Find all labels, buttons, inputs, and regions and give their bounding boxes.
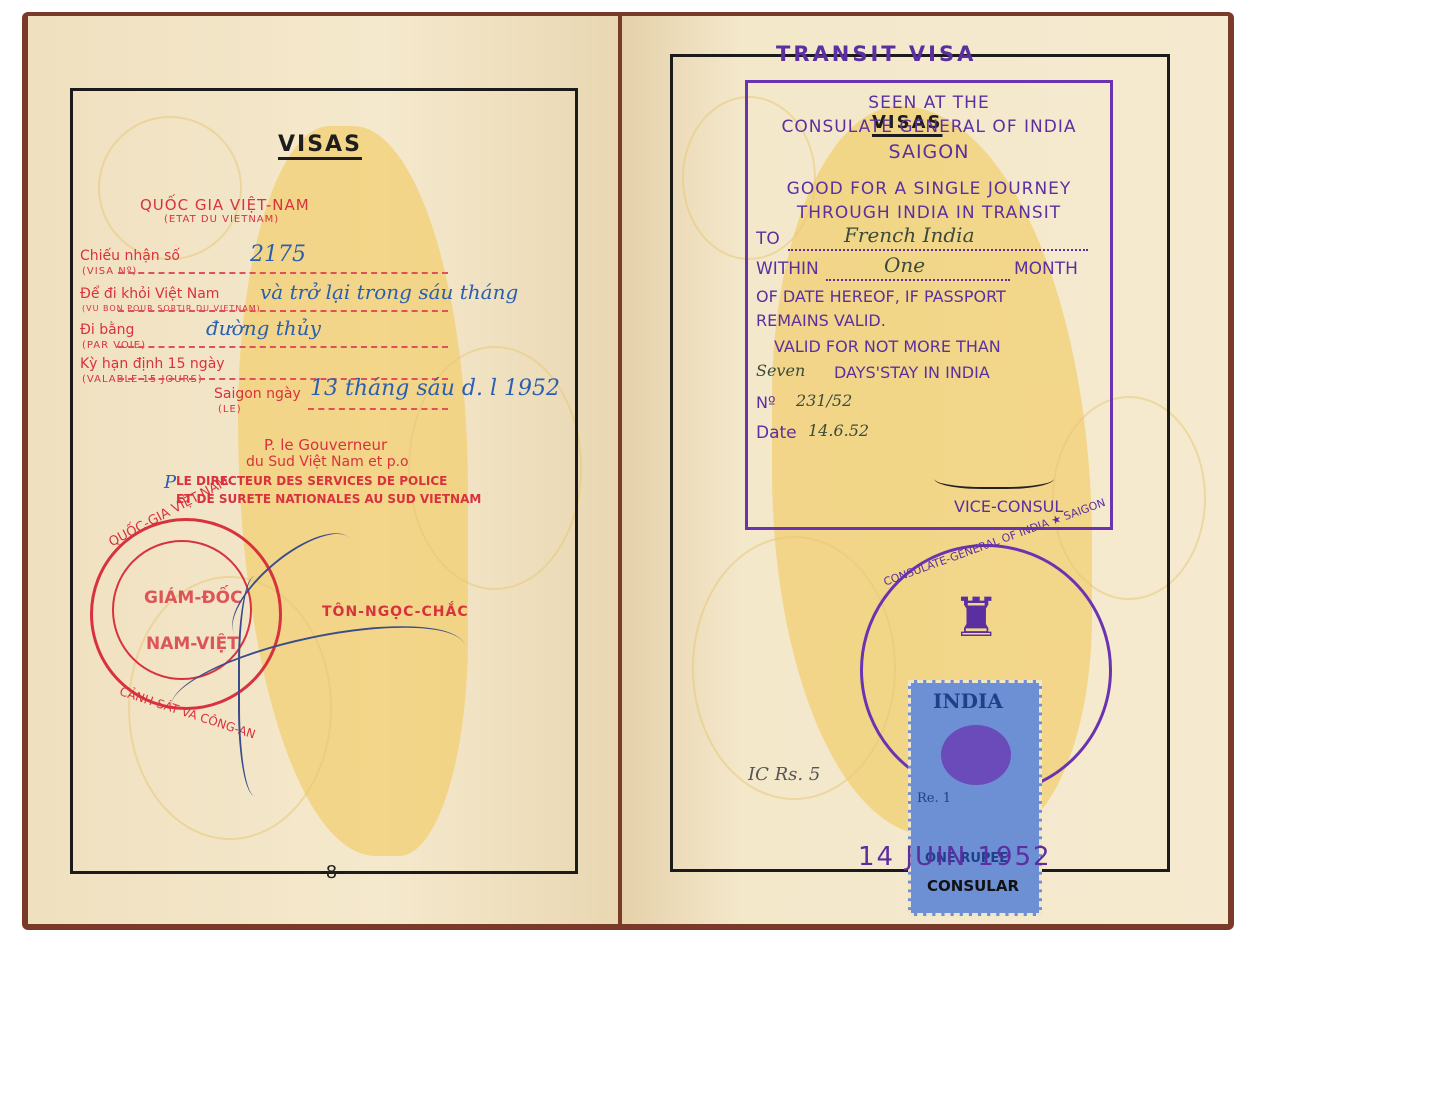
issuer-name: QUỐC GIA VIỆT-NAM bbox=[140, 196, 310, 214]
number-value: 231/52 bbox=[796, 391, 852, 410]
field-label-visa-number: Chiếu nhận số bbox=[80, 248, 180, 264]
field-label-exit: Để đi khỏi Việt Nam bbox=[80, 286, 219, 302]
conditions-line-2: REMAINS VALID. bbox=[756, 311, 886, 330]
stay-label: DAYS'STAY IN INDIA bbox=[834, 363, 990, 382]
number-label: Nº bbox=[756, 393, 776, 412]
authority-line-4: ET DE SURETE NATIONALES AU SUD VIETNAM bbox=[176, 492, 481, 506]
field-value-exit: và trở lại trong sáu tháng bbox=[260, 280, 518, 304]
stay-value: Seven bbox=[756, 361, 805, 380]
within-dots bbox=[826, 279, 1010, 281]
field-line bbox=[118, 310, 448, 312]
date-label: Date bbox=[756, 423, 797, 443]
page-number: — 8 — bbox=[302, 862, 361, 883]
revenue-stamp: INDIA Re. 1 ONE RUPEE CONSULAR bbox=[908, 680, 1042, 916]
signatory-name: TÔN-NGỌC-CHẮC bbox=[322, 604, 469, 620]
transit-visa-stamp: SEEN AT THE CONSULATE GENERAL OF INDIA S… bbox=[745, 80, 1113, 530]
signer-title: VICE-CONSUL bbox=[954, 497, 1063, 516]
revenue-stamp-emblem bbox=[941, 725, 1011, 785]
to-value: French India bbox=[844, 223, 975, 247]
visa-stamp-line: SAIGON bbox=[748, 141, 1110, 163]
consul-signature bbox=[934, 463, 1054, 489]
visa-stamp-line: CONSULATE GENERAL OF INDIA bbox=[748, 117, 1110, 137]
left-page: VISAS QUỐC GIA VIỆT-NAM (ETAT DU VIETNAM… bbox=[28, 16, 618, 924]
signature bbox=[238, 576, 280, 796]
field-label-date: Saigon ngày bbox=[214, 386, 301, 402]
issuer-subtitle: (ETAT DU VIETNAM) bbox=[164, 214, 279, 225]
field-value-route: đường thủy bbox=[206, 316, 321, 340]
date-value: 14.6.52 bbox=[808, 421, 869, 440]
visa-stamp-line: SEEN AT THE bbox=[748, 93, 1110, 113]
within-unit: MONTH bbox=[1014, 259, 1078, 279]
to-dots bbox=[788, 249, 1088, 251]
field-value-date: 13 tháng sáu d. l 1952 bbox=[310, 376, 560, 401]
field-line bbox=[118, 346, 448, 348]
field-line bbox=[308, 408, 448, 410]
to-label: TO bbox=[756, 229, 780, 249]
conditions-line-1: OF DATE HEREOF, IF PASSPORT bbox=[756, 287, 1006, 306]
date-stamp: 14 JUIN 1952 bbox=[858, 842, 1052, 872]
field-line bbox=[118, 272, 448, 274]
field-value-visa-number: 2175 bbox=[250, 242, 306, 267]
authority-line-1: P. le Gouverneur bbox=[264, 436, 387, 454]
valid-line: VALID FOR NOT MORE THAN bbox=[774, 337, 1001, 356]
revenue-stamp-type: CONSULAR bbox=[927, 877, 1019, 895]
lion-capital-emblem: ♜ bbox=[952, 586, 1000, 649]
pencil-note: IC Rs. 5 bbox=[748, 764, 820, 785]
page-heading: VISAS bbox=[278, 132, 362, 157]
field-sublabel-date: (LE) bbox=[218, 404, 242, 415]
visa-stamp-line: GOOD FOR A SINGLE JOURNEY bbox=[748, 179, 1110, 199]
seal-center-line-2: NAM-VIỆT bbox=[146, 634, 239, 654]
right-page: VISAS TRANSIT VISA SEEN AT THE CONSULATE… bbox=[622, 16, 1228, 924]
field-label-route: Đi bằng bbox=[80, 322, 134, 338]
seal-center-line-1: GIÁM-ĐỐC bbox=[144, 588, 243, 608]
authority-line-2: du Sud Việt Nam et p.o bbox=[246, 454, 409, 470]
within-value: One bbox=[884, 253, 925, 277]
field-label-validity: Kỳ hạn định 15 ngày bbox=[80, 356, 225, 372]
within-label: WITHIN bbox=[756, 259, 819, 279]
margin-note: P bbox=[164, 472, 176, 493]
transit-visa-title: TRANSIT VISA bbox=[776, 42, 976, 66]
revenue-stamp-country: INDIA bbox=[933, 689, 1003, 713]
revenue-stamp-value: Re. 1 bbox=[917, 791, 951, 806]
visa-stamp-line: THROUGH INDIA IN TRANSIT bbox=[748, 203, 1110, 223]
